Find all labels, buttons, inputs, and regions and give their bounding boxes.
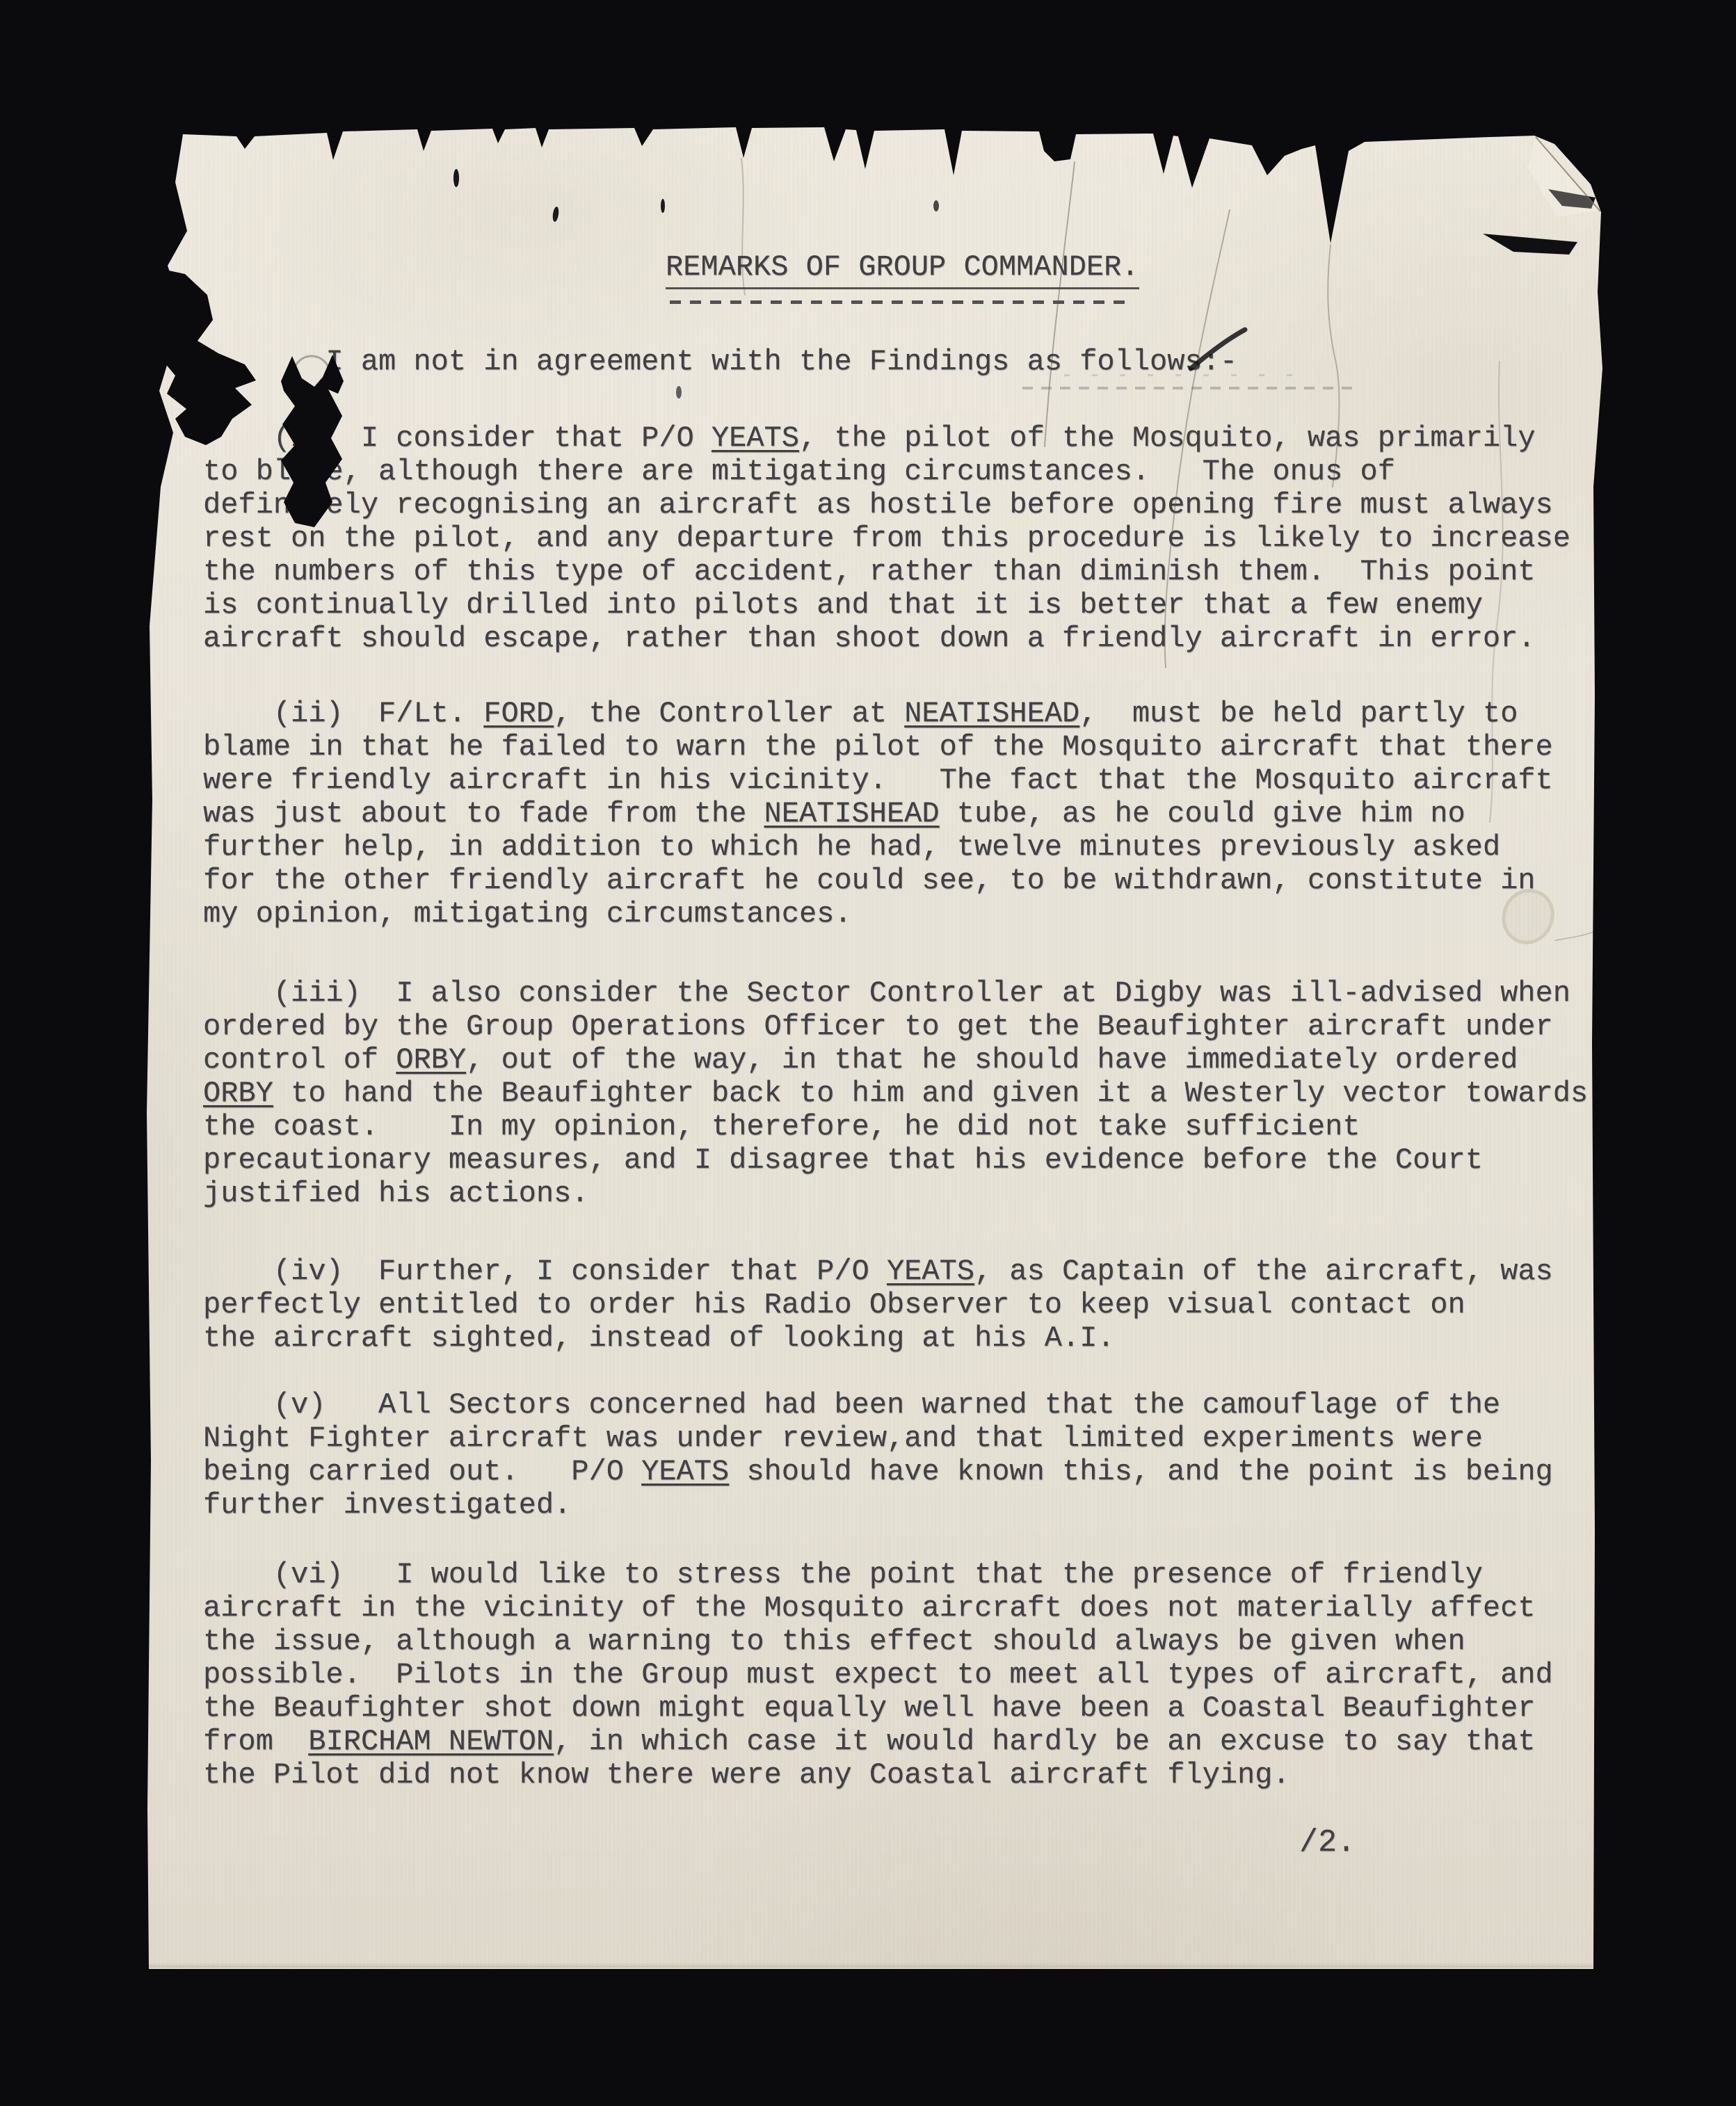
- bleed-through-dots: [1064, 374, 1294, 376]
- paragraph-i: (i) I consider that P/O YEATS, the pilot…: [203, 421, 1570, 655]
- paragraph-iii: (iii) I also consider the Sector Control…: [203, 976, 1588, 1210]
- paragraph-vi: (vi) I would like to stress the point th…: [203, 1558, 1553, 1792]
- scanned-document-photo: REMARKS OF GROUP COMMANDER. 1. I am not …: [0, 0, 1736, 2106]
- bleed-through-underline: [1022, 387, 1355, 389]
- paragraph-iv: (iv) Further, I consider that P/O YEATS,…: [203, 1255, 1553, 1355]
- page-number-marker: /2.: [1299, 1826, 1356, 1860]
- paragraph-v: (v) All Sectors concerned had been warne…: [203, 1388, 1553, 1522]
- document-title: REMARKS OF GROUP COMMANDER.: [666, 250, 1139, 289]
- title-underline-dashes: [670, 300, 1126, 304]
- paragraph-1: 1. I am not in agreement with the Findin…: [203, 345, 1237, 378]
- paragraph-ii: (ii) F/Lt. FORD, the Controller at NEATI…: [203, 697, 1553, 931]
- page-bottom-edge: [149, 1963, 1593, 1968]
